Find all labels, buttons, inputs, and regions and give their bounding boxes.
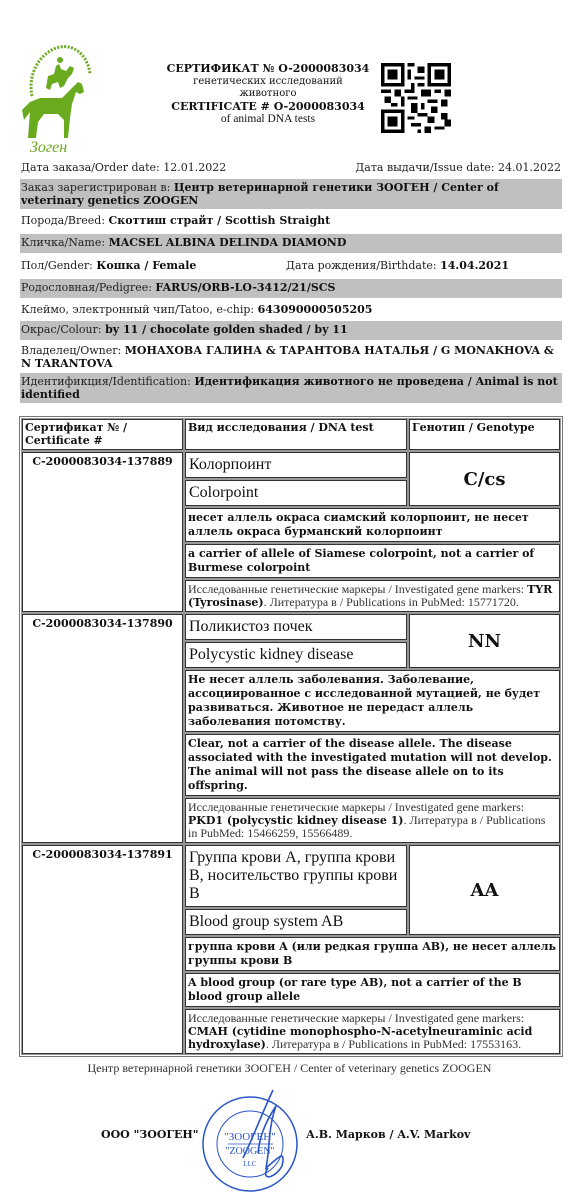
header-dna-test: Вид исследования / DNA test xyxy=(185,419,407,450)
table-header-row: Сертификат № / Certificate # Вид исследо… xyxy=(22,419,560,450)
birthdate-value: 14.04.2021 xyxy=(440,259,509,272)
qr-code-icon xyxy=(381,63,451,133)
chip-row: Клеймо, электронный чип/Tatoo, e-chip: 6… xyxy=(20,301,562,317)
order-date-value: 12.01.2022 xyxy=(163,161,226,174)
name-value: MACSEL ALBINA DELINDA DIAMOND xyxy=(109,236,347,249)
table-row: C-2000083034-137889 Колорпоинт C/cs xyxy=(22,452,560,478)
test-name-ru: Поликистоз почек xyxy=(185,614,407,640)
colour-value: by 11 / chocolate golden shaded / by 11 xyxy=(105,323,348,336)
breed-row: Порода/Breed: Скоттиш страйт / Scottish … xyxy=(20,212,562,228)
signer-name: А.В. Марков / A.V. Markov xyxy=(306,1128,470,1141)
result-en: A blood group (or rare type AB), not a c… xyxy=(185,973,560,1007)
issue-date-label: Дата выдачи/Issue date: xyxy=(355,161,494,174)
chip-value: 643090000505205 xyxy=(258,303,373,316)
cert-title-ru: СЕРТИФИКАТ № O-2000083034 xyxy=(150,63,386,76)
test-name-ru: Группа крови A, группа крови B, носитель… xyxy=(185,845,407,907)
svg-text:LLC: LLC xyxy=(243,1160,257,1168)
cert-subtitle-ru-2: животного xyxy=(150,88,386,101)
identification-label: Идентификция/Identification: xyxy=(21,375,191,388)
gender-row: Пол/Gender: Кошка / FemaleДата рождения/… xyxy=(20,257,562,273)
genotype-value: NN xyxy=(409,614,560,668)
registered-row: Заказ зарегистрирован в: Центр ветеринар… xyxy=(20,179,562,209)
pedigree-value: FARUS/ORB-LO-3412/21/SCS xyxy=(155,281,335,294)
markers-prefix: Исследованные генетические маркеры / Inv… xyxy=(188,800,524,814)
cert-title-en: CERTIFICATE # O-2000083034 xyxy=(150,101,386,114)
colour-row: Окрас/Colour: by 11 / chocolate golden s… xyxy=(20,321,562,340)
colour-label: Окрас/Colour: xyxy=(21,323,102,336)
registered-label: Заказ зарегистрирован в: xyxy=(21,181,170,194)
markers-prefix: Исследованные генетические маркеры / Inv… xyxy=(188,1011,524,1025)
svg-text:Зоген: Зоген xyxy=(30,139,67,156)
test-name-en: Blood group system AB xyxy=(185,909,407,935)
dna-tests-table: Сертификат № / Certificate # Вид исследо… xyxy=(19,416,563,1057)
pedigree-label: Родословная/Pedigree: xyxy=(21,281,152,294)
markers-reference: Исследованные генетические маркеры / Inv… xyxy=(185,580,560,612)
cert-subtitle-ru-1: генетических исследований xyxy=(150,76,386,89)
order-date-label: Дата заказа/Order date: xyxy=(21,161,160,174)
identification-row: Идентификция/Identification: Идентификац… xyxy=(20,373,562,403)
result-ru: группа крови A (или редкая группа AB), н… xyxy=(185,937,560,971)
result-en: Clear, not a carrier of the disease alle… xyxy=(185,734,560,796)
zoogen-logo: Зоген xyxy=(18,38,94,156)
markers-reference: Исследованные генетические маркеры / Inv… xyxy=(185,798,560,843)
chip-label: Клеймо, электронный чип/Tatoo, e-chip: xyxy=(21,303,254,316)
result-ru: Не несет аллель заболевания. Заболевание… xyxy=(185,670,560,732)
publications: . Литература в / Publications in PubMed:… xyxy=(264,595,519,609)
certificate-number: C-2000083034-137890 xyxy=(22,614,183,843)
company-stamp-icon: "ЗООГЕН" "ZOOGEN" LLC xyxy=(198,1088,308,1196)
header-genotype: Генотип / Genotype xyxy=(409,419,560,450)
markers-reference: Исследованные генетические маркеры / Inv… xyxy=(185,1009,560,1054)
header-certificate: Сертификат № / Certificate # xyxy=(22,419,183,450)
breed-value: Скоттиш страйт / Scottish Straight xyxy=(109,214,331,227)
publications: . Литература в / Publications in PubMed:… xyxy=(266,1037,521,1051)
name-row: Кличка/Name: MACSEL ALBINA DELINDA DIAMO… xyxy=(20,234,562,253)
genotype-value: C/cs xyxy=(409,452,560,506)
test-name-en: Colorpoint xyxy=(185,480,407,506)
gender-value: Кошка / Female xyxy=(96,259,196,272)
result-ru: несет аллель окраса сиамский колорпоинт,… xyxy=(185,508,560,542)
test-name-en: Polycystic kidney disease xyxy=(185,642,407,668)
dates-row: Дата заказа/Order date: 12.01.2022 Дата … xyxy=(20,159,562,175)
table-row: C-2000083034-137891 Группа крови A, груп… xyxy=(22,845,560,907)
certificate-number: C-2000083034-137889 xyxy=(22,452,183,612)
organization-name: ООО "ЗООГЕН" xyxy=(101,1128,199,1141)
name-label: Кличка/Name: xyxy=(21,236,105,249)
gender-label: Пол/Gender: xyxy=(21,259,93,272)
table-row: C-2000083034-137890 Поликистоз почек NN xyxy=(22,614,560,640)
certificate-number: C-2000083034-137891 xyxy=(22,845,183,1054)
owner-label: Владелец/Owner: xyxy=(21,344,121,357)
result-en: a carrier of allele of Siamese colorpoin… xyxy=(185,544,560,578)
birthdate-label: Дата рождения/Birthdate: xyxy=(286,259,437,272)
owner-row: Владелец/Owner: МОНАХОВА ГАЛИНА & ТАРАНТ… xyxy=(20,342,562,371)
markers-prefix: Исследованные генетические маркеры / Inv… xyxy=(188,582,527,596)
footer-organization-line: Центр ветеринарной генетики ЗООГЕН / Cen… xyxy=(0,1061,579,1076)
genotype-value: AA xyxy=(409,845,560,935)
test-name-ru: Колорпоинт xyxy=(185,452,407,478)
pedigree-row: Родословная/Pedigree: FARUS/ORB-LO-3412/… xyxy=(20,279,562,298)
breed-label: Порода/Breed: xyxy=(21,214,105,227)
issue-date-value: 24.01.2022 xyxy=(498,161,561,174)
certificate-title-block: СЕРТИФИКАТ № O-2000083034 генетических и… xyxy=(150,63,386,126)
cert-subtitle-en: of animal DNA tests xyxy=(150,113,386,126)
